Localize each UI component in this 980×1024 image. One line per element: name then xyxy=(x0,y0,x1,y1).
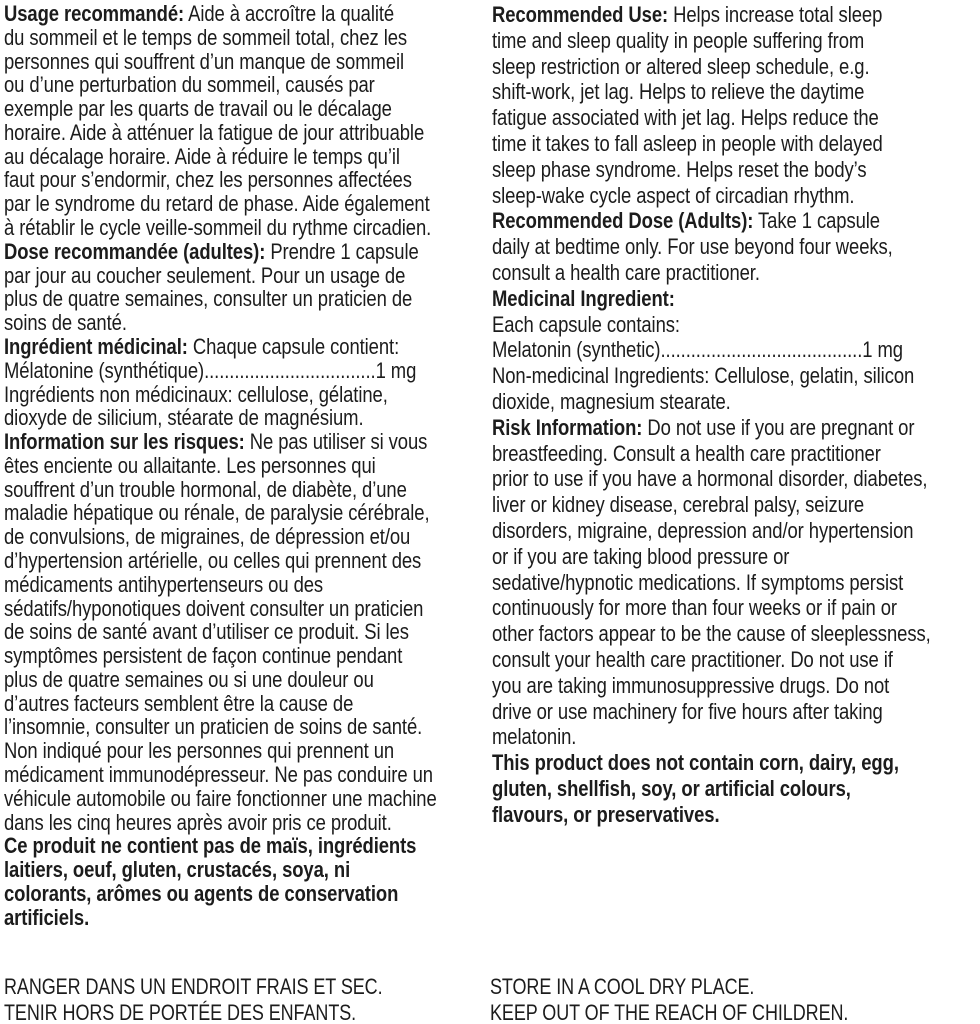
label-text-line: gluten, shellfish, soy, or artificial co… xyxy=(492,776,892,802)
body-text: ou d’une perturbation du sommeil, causés… xyxy=(4,72,375,97)
body-text: Ingrédients non médicinaux: cellulose, g… xyxy=(4,382,388,407)
body-text: Melatonin (synthetic)...................… xyxy=(492,337,903,362)
label-text-line: Ingrédients non médicinaux: cellulose, g… xyxy=(4,383,398,407)
body-text: plus de quatre semaines ou si une douleu… xyxy=(4,667,374,692)
label-text-line: other factors appear to be the cause of … xyxy=(492,621,892,647)
label-text-line: Melatonin (synthetic)...................… xyxy=(492,337,892,363)
label-text-line: Medicinal Ingredient: xyxy=(492,286,892,312)
section-heading: Ingrédient médicinal: xyxy=(4,334,188,359)
label-text-line: plus de quatre semaines, consulter un pr… xyxy=(4,287,398,311)
body-text: d’autres facteurs semblent être la cause… xyxy=(4,691,353,716)
label-text-line: colorants, arômes ou agents de conservat… xyxy=(4,882,398,906)
body-text: time it takes to fall asleep in people w… xyxy=(492,131,883,156)
label-text-line: d’hypertension artérielle, ou celles qui… xyxy=(4,549,398,573)
label-text-line: médicament immunodépresseur. Ne pas cond… xyxy=(4,763,398,787)
label-text-line: flavours, or preservatives. xyxy=(492,802,892,828)
label-text-line: sleep-wake cycle aspect of circadian rhy… xyxy=(492,183,892,209)
body-text: continuously for more than four weeks or… xyxy=(492,595,897,620)
body-text: liver or kidney disease, cerebral palsy,… xyxy=(492,492,864,517)
body-text: Non-medicinal Ingredients: Cellulose, ge… xyxy=(492,363,914,388)
body-text: melatonin. xyxy=(492,724,576,749)
body-text: faut pour s’endormir, chez les personnes… xyxy=(4,167,412,192)
body-text: de convulsions, de migraines, de dépress… xyxy=(4,524,410,549)
label-text-line: l’insomnie, consulter un praticien de so… xyxy=(4,715,398,739)
section-heading: Usage recommandé: xyxy=(4,1,184,26)
body-text: médicaments antihypertenseurs ou des xyxy=(4,572,323,597)
label-text-line: faut pour s’endormir, chez les personnes… xyxy=(4,168,398,192)
label-text-line: Mélatonine (synthétique)................… xyxy=(4,359,398,383)
storage-line: RANGER DANS UN ENDROIT FRAIS ET SEC. xyxy=(4,974,383,1000)
body-text: personnes qui souffrent d’un manque de s… xyxy=(4,49,404,74)
body-text: maladie hépatique ou rénale, de paralysi… xyxy=(4,500,430,525)
label-text-line: Usage recommandé: Aide à accroître la qu… xyxy=(4,2,398,26)
body-text: disorders, migraine, depression and/or h… xyxy=(492,518,913,543)
label-text-line: soins de santé. xyxy=(4,311,398,335)
body-text: symptômes persistent de façon continue p… xyxy=(4,643,402,668)
body-text: sleep phase syndrome. Helps reset the bo… xyxy=(492,157,866,182)
body-text: plus de quatre semaines, consulter un pr… xyxy=(4,286,412,311)
section-heading: Ce produit ne contient pas de maïs, ingr… xyxy=(4,833,416,858)
label-text-line: melatonin. xyxy=(492,724,892,750)
body-text: other factors appear to be the cause of … xyxy=(492,621,931,646)
body-text: médicament immunodépresseur. Ne pas cond… xyxy=(4,762,433,787)
section-heading: colorants, arômes ou agents de conservat… xyxy=(4,881,398,906)
body-text: prior to use if you have a hormonal diso… xyxy=(492,466,927,491)
body-text: sédatifs/hyponotiques doivent consulter … xyxy=(4,596,423,621)
body-text: time and sleep quality in people sufferi… xyxy=(492,28,864,53)
label-text-line: sédatifs/hyponotiques doivent consulter … xyxy=(4,597,398,621)
label-text-line: sleep phase syndrome. Helps reset the bo… xyxy=(492,157,892,183)
label-text-line: consult a health care practitioner. xyxy=(492,260,892,286)
label-text-line: This product does not contain corn, dair… xyxy=(492,750,892,776)
section-heading: artificiels. xyxy=(4,905,89,930)
french-storage-warning: RANGER DANS UN ENDROIT FRAIS ET SEC. TEN… xyxy=(4,974,477,1024)
label-text-line: d’autres facteurs semblent être la cause… xyxy=(4,692,398,716)
body-text: breastfeeding. Consult a health care pra… xyxy=(492,441,881,466)
label-text-line: you are taking immunosuppressive drugs. … xyxy=(492,673,892,699)
body-text: exemple par les quarts de travail ou le … xyxy=(4,96,392,121)
label-text-line: artificiels. xyxy=(4,906,398,930)
english-storage-warning: STORE IN A COOL DRY PLACE. KEEP OUT OF T… xyxy=(490,974,938,1024)
label-text-line: Dose recommandée (adultes): Prendre 1 ca… xyxy=(4,240,398,264)
label-text-line: plus de quatre semaines ou si une douleu… xyxy=(4,668,398,692)
label-text-line: time and sleep quality in people sufferi… xyxy=(492,28,892,54)
label-text-line: laitiers, oeuf, gluten, crustacés, soya,… xyxy=(4,858,398,882)
section-heading: Recommended Dose (Adults): xyxy=(492,208,753,233)
label-text-line: au décalage horaire. Aide à réduire le t… xyxy=(4,145,398,169)
label-text-line: disorders, migraine, depression and/or h… xyxy=(492,518,892,544)
storage-line: TENIR HORS DE PORTÉE DES ENFANTS. xyxy=(4,1000,383,1024)
label-text-line: liver or kidney disease, cerebral palsy,… xyxy=(492,492,892,518)
label-text-line: drive or use machinery for five hours af… xyxy=(492,699,892,725)
body-text: dans les cinq heures après avoir pris ce… xyxy=(4,810,392,835)
label-text-line: sleep restriction or altered sleep sched… xyxy=(492,54,892,80)
body-text: soins de santé. xyxy=(4,310,127,335)
body-text: d’hypertension artérielle, ou celles qui… xyxy=(4,548,421,573)
label-text-line: sedative/hypnotic medications. If sympto… xyxy=(492,570,892,596)
section-heading: Medicinal Ingredient: xyxy=(492,286,675,311)
body-text: par jour au coucher seulement. Pour un u… xyxy=(4,263,405,288)
french-label-column: Usage recommandé: Aide à accroître la qu… xyxy=(4,2,484,929)
label-text-line: médicaments antihypertenseurs ou des xyxy=(4,573,398,597)
body-text: Each capsule contains: xyxy=(492,312,680,337)
label-text-line: dioxyde de silicium, stéarate de magnési… xyxy=(4,406,398,430)
body-text: sleep restriction or altered sleep sched… xyxy=(492,54,870,79)
label-text-line: Information sur les risques: Ne pas util… xyxy=(4,430,398,454)
section-heading: Dose recommandée (adultes): xyxy=(4,239,265,264)
label-text-line: symptômes persistent de façon continue p… xyxy=(4,644,398,668)
label-text-line: time it takes to fall asleep in people w… xyxy=(492,131,892,157)
label-text-line: exemple par les quarts de travail ou le … xyxy=(4,97,398,121)
storage-line: KEEP OUT OF THE REACH OF CHILDREN. xyxy=(490,1000,848,1024)
label-text-line: par jour au coucher seulement. Pour un u… xyxy=(4,264,398,288)
storage-line: STORE IN A COOL DRY PLACE. xyxy=(490,974,848,1000)
label-text-line: Ingrédient médicinal: Chaque capsule con… xyxy=(4,335,398,359)
label-text-line: Ce produit ne contient pas de maïs, ingr… xyxy=(4,834,398,858)
body-text: shift-work, jet lag. Helps to relieve th… xyxy=(492,79,864,104)
body-text: Mélatonine (synthétique)................… xyxy=(4,358,416,383)
label-text-line: souffrent d’un trouble hormonal, de diab… xyxy=(4,478,398,502)
label-text-line: consult your health care practitioner. D… xyxy=(492,647,892,673)
label-text-line: êtes enciente ou allaitante. Les personn… xyxy=(4,454,398,478)
section-heading: laitiers, oeuf, gluten, crustacés, soya,… xyxy=(4,857,350,882)
body-text: souffrent d’un trouble hormonal, de diab… xyxy=(4,477,407,502)
body-text: à rétablir le cycle veille-sommeil du ry… xyxy=(4,215,431,240)
body-text: Aide à accroître la qualité xyxy=(184,1,394,26)
label-text-line: par le syndrome du retard de phase. Aide… xyxy=(4,192,398,216)
body-text: fatigue associated with jet lag. Helps r… xyxy=(492,105,879,130)
body-text: sleep-wake cycle aspect of circadian rhy… xyxy=(492,183,854,208)
label-text-line: de convulsions, de migraines, de dépress… xyxy=(4,525,398,549)
label-text-line: continuously for more than four weeks or… xyxy=(492,595,892,621)
label-text-line: ou d’une perturbation du sommeil, causés… xyxy=(4,73,398,97)
english-label-column: Recommended Use: Helps increase total sl… xyxy=(492,2,980,828)
label-text-line: véhicule automobile ou faire fonctionner… xyxy=(4,787,398,811)
body-text: Non indiqué pour les personnes qui prenn… xyxy=(4,738,394,763)
body-text: or if you are taking blood pressure or xyxy=(492,544,789,569)
body-text: êtes enciente ou allaitante. Les personn… xyxy=(4,453,376,478)
body-text: daily at bedtime only. For use beyond fo… xyxy=(492,234,893,259)
label-text-line: Recommended Use: Helps increase total sl… xyxy=(492,2,892,28)
label-text-line: Non indiqué pour les personnes qui prenn… xyxy=(4,739,398,763)
label-text-line: fatigue associated with jet lag. Helps r… xyxy=(492,105,892,131)
label-text-line: daily at bedtime only. For use beyond fo… xyxy=(492,234,892,260)
section-heading: This product does not contain corn, dair… xyxy=(492,750,899,775)
label-text-line: shift-work, jet lag. Helps to relieve th… xyxy=(492,79,892,105)
label-text-line: dioxide, magnesium stearate. xyxy=(492,389,892,415)
section-heading: Risk Information: xyxy=(492,415,642,440)
label-text-line: horaire. Aide à atténuer la fatigue de j… xyxy=(4,121,398,145)
body-text: Prendre 1 capsule xyxy=(265,239,418,264)
body-text: l’insomnie, consulter un praticien de so… xyxy=(4,714,422,739)
body-text: drive or use machinery for five hours af… xyxy=(492,699,883,724)
body-text: véhicule automobile ou faire fonctionner… xyxy=(4,786,437,811)
section-heading: Information sur les risques: xyxy=(4,429,245,454)
body-text: Take 1 capsule xyxy=(753,208,880,233)
label-text-line: Recommended Dose (Adults): Take 1 capsul… xyxy=(492,208,892,234)
label-text-line: à rétablir le cycle veille-sommeil du ry… xyxy=(4,216,398,240)
label-text-line: Each capsule contains: xyxy=(492,312,892,338)
body-text: au décalage horaire. Aide à réduire le t… xyxy=(4,144,400,169)
body-text: Ne pas utiliser si vous xyxy=(245,429,428,454)
body-text: dioxyde de silicium, stéarate de magnési… xyxy=(4,405,364,430)
body-text: horaire. Aide à atténuer la fatigue de j… xyxy=(4,120,424,145)
body-text: par le syndrome du retard de phase. Aide… xyxy=(4,191,430,216)
body-text: you are taking immunosuppressive drugs. … xyxy=(492,673,889,698)
section-heading: Recommended Use: xyxy=(492,2,668,27)
label-text-line: prior to use if you have a hormonal diso… xyxy=(492,466,892,492)
label-text-line: personnes qui souffrent d’un manque de s… xyxy=(4,50,398,74)
body-text: sedative/hypnotic medications. If sympto… xyxy=(492,570,903,595)
body-text: Helps increase total sleep xyxy=(668,2,882,27)
label-text-line: breastfeeding. Consult a health care pra… xyxy=(492,441,892,467)
body-text: consult a health care practitioner. xyxy=(492,260,760,285)
label-text-line: Non-medicinal Ingredients: Cellulose, ge… xyxy=(492,363,892,389)
body-text: Do not use if you are pregnant or xyxy=(642,415,914,440)
body-text: Chaque capsule contient: xyxy=(188,334,399,359)
body-text: consult your health care practitioner. D… xyxy=(492,647,893,672)
label-text-line: dans les cinq heures après avoir pris ce… xyxy=(4,811,398,835)
label-text-line: de soins de santé avant d’utiliser ce pr… xyxy=(4,620,398,644)
body-text: de soins de santé avant d’utiliser ce pr… xyxy=(4,619,409,644)
section-heading: flavours, or preservatives. xyxy=(492,802,720,827)
body-text: du sommeil et le temps de sommeil total,… xyxy=(4,25,407,50)
section-heading: gluten, shellfish, soy, or artificial co… xyxy=(492,776,851,801)
label-text-line: maladie hépatique ou rénale, de paralysi… xyxy=(4,501,398,525)
label-text-line: du sommeil et le temps de sommeil total,… xyxy=(4,26,398,50)
label-text-line: or if you are taking blood pressure or xyxy=(492,544,892,570)
label-text-line: Risk Information: Do not use if you are … xyxy=(492,415,892,441)
body-text: dioxide, magnesium stearate. xyxy=(492,389,731,414)
